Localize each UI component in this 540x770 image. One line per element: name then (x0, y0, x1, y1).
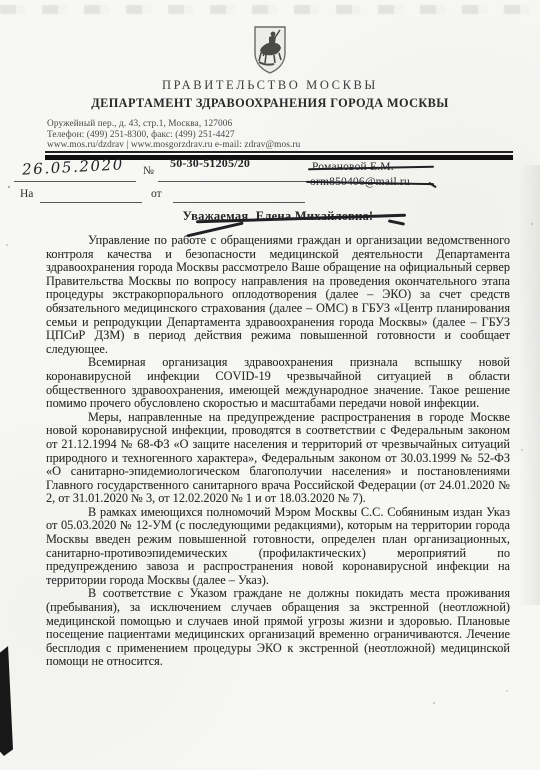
body-paragraph-5: В соответствие с Указом граждане не долж… (46, 587, 510, 669)
letter-body: Управление по работе с обращениями гражд… (46, 234, 510, 669)
body-paragraph-1: Управление по работе с обращениями гражд… (46, 234, 510, 356)
number-underline (158, 181, 308, 182)
phone-line: Телефон: (499) 251-8300, факс: (499) 251… (47, 130, 300, 141)
scan-smudge (518, 165, 540, 605)
salutation: Уважаемая Елена Михайловна! (46, 209, 510, 224)
web-line: www.mos.ru/dzdrav | www.mosgorzdrav.ru e… (47, 140, 300, 151)
moscow-coat-of-arms-icon (252, 25, 288, 75)
body-paragraph-2: Всемирная организация здравоохранения пр… (46, 356, 510, 410)
handwritten-date: 26.05.2020 (22, 155, 125, 178)
from-underline (173, 202, 305, 203)
department-title: ДЕПАРТАМЕНТ ЗДРАВООХРАНЕНИЯ ГОРОДА МОСКВ… (0, 96, 540, 111)
government-title: ПРАВИТЕЛЬСТВО МОСКВЫ (0, 78, 540, 93)
reply-to-label: На (20, 188, 33, 200)
scanned-letter: ПРАВИТЕЛЬСТВО МОСКВЫ ДЕПАРТАМЕНТ ЗДРАВОО… (0, 0, 540, 770)
address-line: Оружейный пер., д. 43, стр.1, Москва, 12… (47, 119, 300, 130)
reply-to-underline (40, 202, 142, 203)
date-underline (14, 181, 136, 182)
body-paragraph-4: В рамках имеющихся полномочий Мэром Моск… (46, 506, 510, 588)
scan-specks (0, 0, 2, 2)
divider-thin-rule (45, 151, 513, 153)
body-paragraph-3: Меры, направленные на предупреждение рас… (46, 411, 510, 506)
number-sign: № (143, 165, 154, 177)
from-label: от (151, 188, 162, 200)
outgoing-number: 50-30-51205/20 (170, 156, 250, 171)
scan-noise-band (0, 5, 540, 14)
scan-artifact-wedge (0, 646, 13, 756)
contact-block: Оружейный пер., д. 43, стр.1, Москва, 12… (47, 119, 300, 151)
